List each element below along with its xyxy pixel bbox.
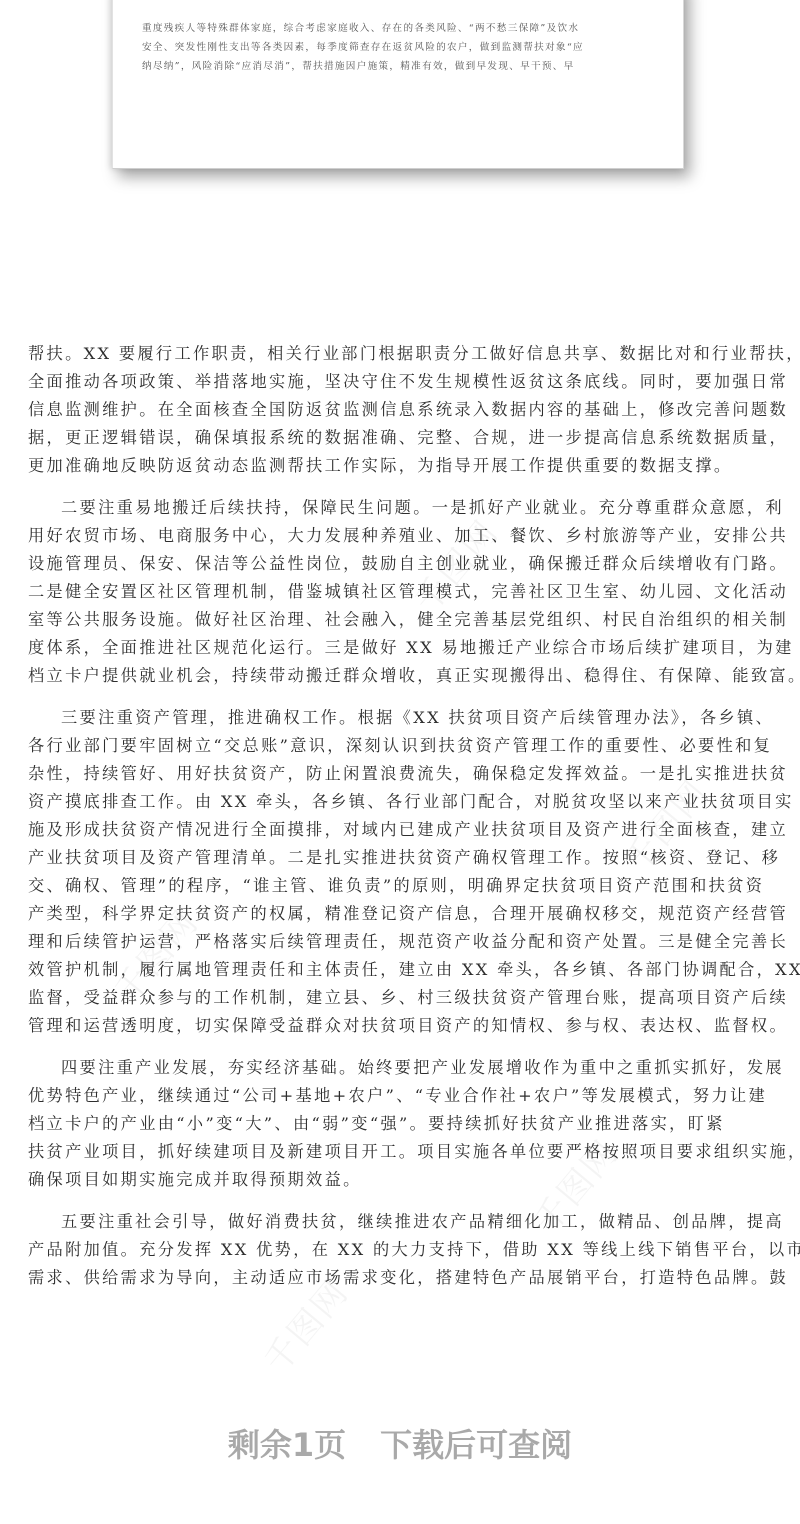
text-line: 全面推动各项政策、举措落地实施，坚决守住不发生规模性返贫这条底线。同时，要加强日… xyxy=(28,368,774,396)
download-to-view-text: 下载后可查阅 xyxy=(380,1426,572,1464)
text-line: 杂性，持续管好、用好扶贫资产，防止闲置浪费流失，确保稳定发挥效益。一是扎实推进扶… xyxy=(28,760,774,788)
remaining-pages-count: 剩余1页 xyxy=(228,1426,346,1464)
text-line: 交、确权、管理”的程序，“谁主管、谁负责”的原则，明确界定扶贫项目资产范围和扶贫… xyxy=(28,872,774,900)
text-line: 五要注重社会引导，做好消费扶贫，继续推进农产品精细化加工，做精品、创品牌，提高 xyxy=(28,1208,774,1236)
text-line: 二要注重易地搬迁后续扶持，保障民生问题。一是抓好产业就业。充分尊重群众意愿，利 xyxy=(28,494,774,522)
text-line: 优势特色产业，继续通过“公司+基地+农户”、“专业合作社+农户”等发展模式，努力… xyxy=(28,1082,774,1110)
text-line: 档立卡户的产业由“小”变“大”、由“弱”变“强”。要持续抓好扶贫产业推进落实，盯… xyxy=(28,1110,774,1138)
text-line: 档立卡户提供就业机会，持续带动搬迁群众增收，真正实现搬得出、稳得住、有保障、能致… xyxy=(28,662,774,690)
preview-line: 重度残疾人等特殊群体家庭，综合考虑家庭收入、存在的各类风险、“两不愁三保障”及饮… xyxy=(142,19,656,38)
preview-line: 安全、突发性刚性支出等各类因素，每季度筛查存在返贫风险的农户，做到监测帮扶对象“… xyxy=(142,38,656,57)
text-line: 二是健全安置区社区管理机制，借鉴城镇社区管理模式，完善社区卫生室、幼儿园、文化活… xyxy=(28,578,774,606)
text-line: 据，更正逻辑错误，确保填报系统的数据准确、完整、合规，进一步提高信息系统数据质量… xyxy=(28,424,774,452)
text-line: 产业扶贫项目及资产管理清单。二是扎实推进扶贫资产确权管理工作。按照“核资、登记、… xyxy=(28,844,774,872)
text-line: 产品附加值。充分发挥 XX 优势，在 XX 的大力支持下，借助 XX 等线上线下… xyxy=(28,1236,774,1264)
text-line: 资产摸底排查工作。由 XX 牵头，各乡镇、各行业部门配合，对脱贫攻坚以来产业扶贫… xyxy=(28,788,774,816)
text-line: 设施管理员、保安、保洁等公益性岗位，鼓励自主创业就业，确保搬迁群众后续增收有门路… xyxy=(28,550,774,578)
text-line: 室等公共服务设施。做好社区治理、社会融入，健全完善基层党组织、村民自治组织的相关… xyxy=(28,606,774,634)
text-line: 监督，受益群众参与的工作机制，建立县、乡、村三级扶贫资产管理台账，提高项目资产后… xyxy=(28,984,774,1012)
preview-line xyxy=(142,0,656,19)
text-line: 扶贫产业项目，抓好续建项目及新建项目开工。项目实施各单位要严格按照项目要求组织实… xyxy=(28,1138,774,1166)
text-line: 管理和运营透明度，切实保障受益群众对扶贫项目资产的知情权、参与权、表达权、监督权… xyxy=(28,1012,774,1040)
text-line: 更加准确地反映防返贫动态监测帮扶工作实际，为指导开展工作提供重要的数据支撑。 xyxy=(28,452,774,480)
preview-line: 纳尽纳”，风险消除“应消尽消”，帮扶措施因户施策，精准有效，做到早发现、早干预、… xyxy=(142,57,656,76)
text-line: 施及形成扶贫资产情况进行全面摸排，对域内已建成产业扶贫项目及资产进行全面核查，建… xyxy=(28,816,774,844)
text-line: 效管护机制，履行属地管理责任和主体责任，建立由 XX 牵头，各乡镇、各部门协调配… xyxy=(28,956,774,984)
text-line: 产类型，科学界定扶贫资产的权属，精准登记资产信息，合理开展确权移交，规范资产经营… xyxy=(28,900,774,928)
text-line: 帮扶。XX 要履行工作职责，相关行业部门根据职责分工做好信息共享、数据比对和行业… xyxy=(28,340,774,368)
remaining-pages-banner[interactable]: 剩余1页下载后可查阅 xyxy=(0,1420,800,1466)
text-line: 三要注重资产管理，推进确权工作。根据《XX 扶贫项目资产后续管理办法》，各乡镇、 xyxy=(28,704,774,732)
text-line: 各行业部门要牢固树立“交总账”意识，深刻认识到扶贫资产管理工作的重要性、必要性和… xyxy=(28,732,774,760)
text-line: 用好农贸市场、电商服务中心，大力发展种养殖业、加工、餐饮、乡村旅游等产业，安排公… xyxy=(28,522,774,550)
paragraph-relocation-support: 二要注重易地搬迁后续扶持，保障民生问题。一是抓好产业就业。充分尊重群众意愿，利 … xyxy=(28,494,774,690)
document-body: 帮扶。XX 要履行工作职责，相关行业部门根据职责分工做好信息共享、数据比对和行业… xyxy=(28,340,774,1306)
text-line: 信息监测维护。在全面核查全国防返贫监测信息系统录入数据内容的基础上，修改完善问题… xyxy=(28,396,774,424)
paragraph-industry-development: 四要注重产业发展，夯实经济基础。始终要把产业发展增收作为重中之重抓实抓好，发展 … xyxy=(28,1054,774,1194)
preview-page-text: 重度残疾人等特殊群体家庭，综合考虑家庭收入、存在的各类风险、“两不愁三保障”及饮… xyxy=(142,0,656,76)
text-line: 确保项目如期实施完成并取得预期效益。 xyxy=(28,1166,774,1194)
text-line: 理和后续管护运营，严格落实后续管理责任，规范资产收益分配和资产处置。三是健全完善… xyxy=(28,928,774,956)
paragraph-continuation: 帮扶。XX 要履行工作职责，相关行业部门根据职责分工做好信息共享、数据比对和行业… xyxy=(28,340,774,480)
text-line: 度体系，全面推进社区规范化运行。三是做好 XX 易地搬迁产业综合市场后续扩建项目… xyxy=(28,634,774,662)
paragraph-social-guidance: 五要注重社会引导，做好消费扶贫，继续推进农产品精细化加工，做精品、创品牌，提高 … xyxy=(28,1208,774,1292)
preview-page-card: 重度残疾人等特殊群体家庭，综合考虑家庭收入、存在的各类风险、“两不愁三保障”及饮… xyxy=(112,0,684,169)
paragraph-asset-management: 三要注重资产管理，推进确权工作。根据《XX 扶贫项目资产后续管理办法》，各乡镇、… xyxy=(28,704,774,1040)
text-line: 四要注重产业发展，夯实经济基础。始终要把产业发展增收作为重中之重抓实抓好，发展 xyxy=(28,1054,774,1082)
text-line: 需求、供给需求为导向，主动适应市场需求变化，搭建特色产品展销平台，打造特色品牌。… xyxy=(28,1264,774,1292)
